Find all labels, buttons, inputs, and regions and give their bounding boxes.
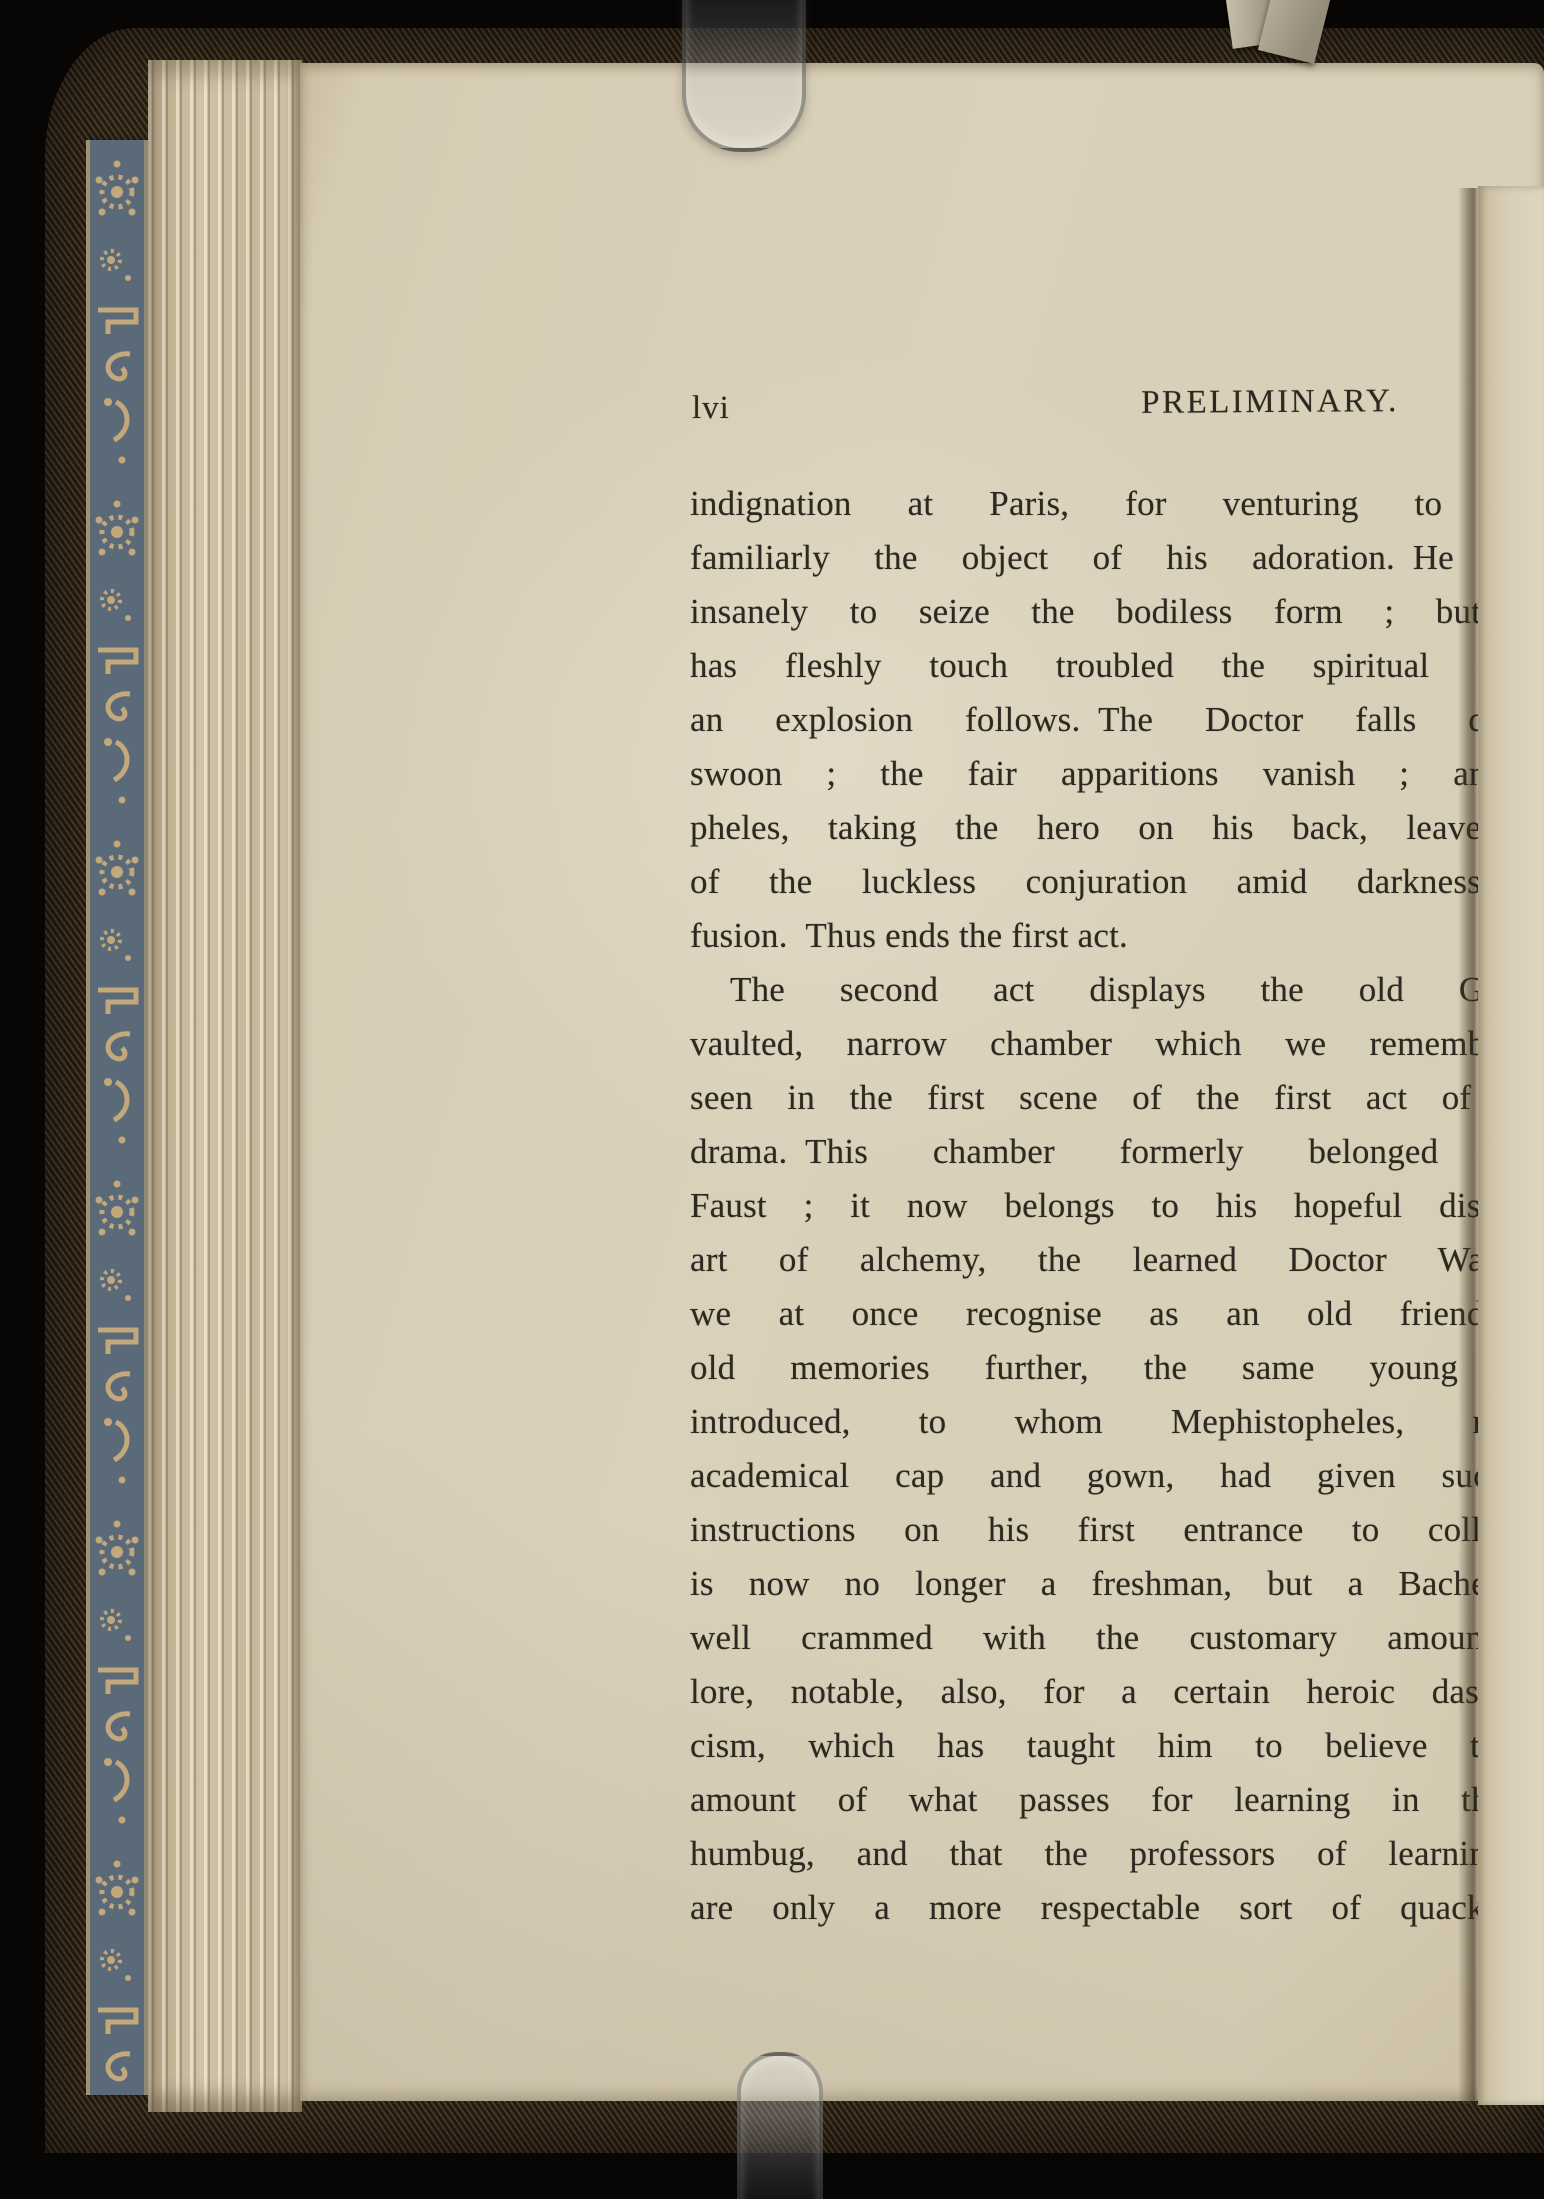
text-line: we at once recognise as an old friend. T… — [690, 1287, 1544, 1341]
text-line: well crammed with the customary amount o… — [690, 1611, 1544, 1665]
text-line: has fleshly touch troubled the spiritual… — [690, 639, 1544, 693]
text-line: introduced, to whom Mephistopheles, masq… — [690, 1395, 1544, 1449]
text-line: academical cap and gown, had given such … — [690, 1449, 1544, 1503]
text-line: pheles, taking the hero on his back, lea… — [690, 801, 1544, 855]
text-line: familiarly the object of his adoration. … — [690, 531, 1544, 585]
fore-edge-crease-shadow — [1458, 188, 1480, 2104]
stacked-page-edges — [148, 60, 302, 2112]
text-line: seen in the first scene of the first act… — [690, 1071, 1544, 1125]
text-line: vaulted, narrow chamber which we remembe… — [690, 1017, 1544, 1071]
text-line: swoon ; the fair apparitions vanish ; an… — [690, 747, 1544, 801]
text-line: fusion. Thus ends the first act. — [690, 909, 1544, 963]
text-line: are only a more respectable sort of quac… — [690, 1881, 1544, 1935]
text-line: an explosion follows. The Doctor falls d… — [690, 693, 1544, 747]
text-line: old memories further, the same young stu… — [690, 1341, 1544, 1395]
text-line: of the luckless conjuration amid darknes… — [690, 855, 1544, 909]
text-block: indignation at Paris, for venturing to h… — [690, 477, 1544, 1935]
cloth-ribbon-tab — [1222, 0, 1342, 70]
transparent-page-holder-bottom — [737, 2052, 823, 2199]
text-line: The second act displays the old Gothic, … — [690, 963, 1544, 1017]
text-line: lore, notable, also, for a certain heroi… — [690, 1665, 1544, 1719]
running-head: PRELIMINARY. — [768, 377, 1544, 426]
next-page-sliver — [1478, 186, 1544, 2105]
printed-text-area: lvi PRELIMINARY. indignation at Paris, f… — [690, 379, 1544, 1935]
text-line: cism, which has taught him to believe th… — [690, 1719, 1544, 1773]
text-line: art of alchemy, the learned Doctor Wagne… — [690, 1233, 1544, 1287]
book-page: lvi PRELIMINARY. indignation at Paris, f… — [300, 63, 1544, 2101]
text-line: humbug, and that the professors of learn… — [690, 1827, 1544, 1881]
transparent-page-holder-top — [682, 0, 806, 152]
text-line: Faust ; it now belongs to his hopeful di… — [690, 1179, 1544, 1233]
text-line: amount of what passes for learning in th… — [690, 1773, 1544, 1827]
text-line: drama. This chamber formerly belonged to… — [690, 1125, 1544, 1179]
page-header: lvi PRELIMINARY. — [690, 379, 1544, 477]
text-line: is now no longer a freshman, but a Bache… — [690, 1557, 1544, 1611]
paragraph: indignation at Paris, for venturing to h… — [690, 477, 1544, 963]
paragraph: The second act displays the old Gothic, … — [690, 963, 1544, 1935]
book-photo-scene: lvi PRELIMINARY. indignation at Paris, f… — [0, 0, 1544, 2199]
page-number-folio: lvi — [692, 387, 730, 429]
text-line: insanely to seize the bodiless form ; bu… — [690, 585, 1544, 639]
text-line: indignation at Paris, for venturing to h… — [690, 477, 1544, 531]
decorated-endpaper-strip — [86, 140, 148, 2095]
text-line: instructions on his first entrance to co… — [690, 1503, 1544, 1557]
ribbon-fold-front — [1258, 0, 1332, 64]
